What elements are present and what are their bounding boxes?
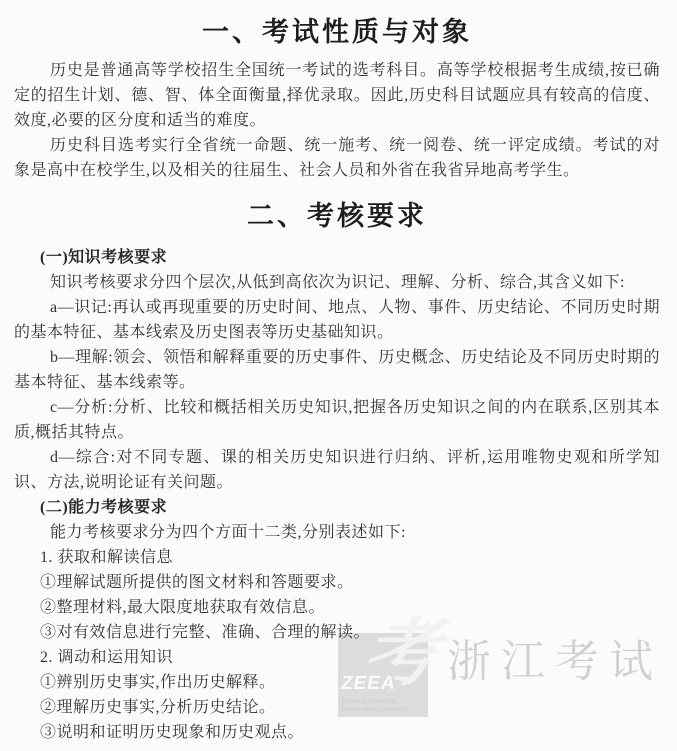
list-item: ③说明和证明历史现象和历史观点。 (14, 720, 660, 745)
list-item: ③对有效信息进行完整、准确、合理的解读。 (14, 620, 660, 645)
document-content: 一、考试性质与对象 历史是普通高等学校招生全国统一考试的选考科目。高等学校根据考… (0, 0, 677, 745)
list-label: 1. 获取和解读信息 (14, 545, 660, 570)
list-label: 2. 调动和运用知识 (14, 645, 660, 670)
doc-paragraph: 历史科目选考实行全省统一命题、统一施考、统一阅卷、统一评定成绩。考试的对象是高中… (14, 133, 660, 183)
list-item: ①理解试题所提供的图文材料和答题要求。 (14, 570, 660, 595)
list-item: ①辨别历史事实,作出历史解释。 (14, 670, 660, 695)
doc-paragraph: a—识记:再认或再现重要的历史时间、地点、人物、事件、历史结论、不同历史时期的基… (14, 295, 660, 345)
doc-paragraph: c—分析:分析、比较和概括相关历史知识,把握各历史知识之间的内在联系,区别其本质… (14, 395, 660, 445)
section-1-heading: 一、考试性质与对象 (14, 16, 660, 48)
doc-paragraph: b—理解:领会、领悟和解释重要的历史事件、历史概念、历史结论及不同历史时期的基本… (14, 345, 660, 395)
subsection-heading: (二)能力考核要求 (14, 495, 660, 520)
section-2-heading: 二、考核要求 (14, 200, 660, 232)
list-item: ②理解历史事实,分析历史结论。 (14, 695, 660, 720)
doc-paragraph: 历史是普通高等学校招生全国统一考试的选考科目。高等学校根据考生成绩,按已确定的招… (14, 58, 660, 133)
doc-paragraph: 知识考核要求分四个层次,从低到高依次为识记、理解、分析、综合,其含义如下: (14, 270, 660, 295)
doc-paragraph: 能力考核要求分为四个方面十二类,分别表述如下: (14, 520, 660, 545)
list-item: ②整理材料,最大限度地获取有效信息。 (14, 595, 660, 620)
subsection-heading: (一)知识考核要求 (14, 245, 660, 270)
scanned-document-page: 考 ZEEA Zhejiang EducationExaminations Au… (0, 0, 677, 751)
doc-paragraph: d—综合:对不同专题、课的相关历史知识进行归纳、评析,运用唯物史观和所学知识、方… (14, 445, 660, 495)
